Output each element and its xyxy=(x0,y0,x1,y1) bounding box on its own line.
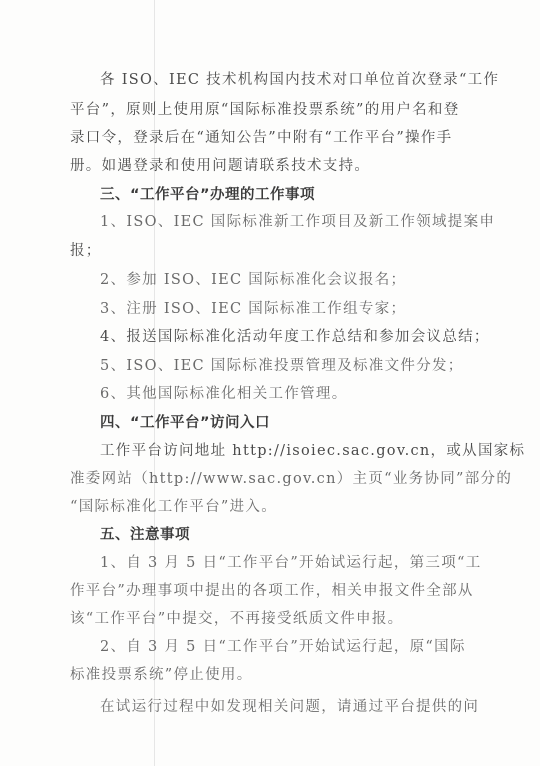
paragraph-line: 工作平台访问地址 http://isoiec.sac.gov.cn，或从国家标 xyxy=(100,441,500,461)
paragraph-line: “国际标准化工作平台”进入。 xyxy=(70,497,470,517)
paragraph-line: 各 ISO、IEC 技术机构国内技术对口单位首次登录“工作 xyxy=(100,70,500,90)
paragraph-line: 1、自 3 月 5 日“工作平台”开始试运行起，第三项“工 xyxy=(100,553,500,573)
list-item-continuation: 报； xyxy=(70,241,470,261)
list-item: 6、其他国际标准化相关工作管理。 xyxy=(100,384,500,404)
list-item: 2、参加 ISO、IEC 国际标准化会议报名； xyxy=(100,270,500,290)
section-heading-5: 五、注意事项 xyxy=(100,525,500,545)
list-item: 1、ISO、IEC 国际标准新工作项目及新工作领域提案申 xyxy=(100,212,500,232)
paragraph-line: 平台”，原则上使用原“国际标准投票系统”的用户名和登 xyxy=(70,100,470,120)
list-item: 5、ISO、IEC 国际标准投票管理及标准文件分发； xyxy=(100,356,500,376)
list-item: 4、报送国际标准化活动年度工作总结和参加会议总结； xyxy=(100,327,500,347)
list-item: 3、注册 ISO、IEC 国际标准工作组专家； xyxy=(100,299,500,319)
paragraph-line: 2、自 3 月 5 日“工作平台”开始试运行起，原“国际 xyxy=(100,637,500,657)
paragraph-line: 准委网站（http://www.sac.gov.cn）主页“业务协同”部分的 xyxy=(70,469,470,489)
paragraph-line: 在试运行过程中如发现相关问题，请通过平台提供的问 xyxy=(100,697,500,717)
paragraph-line: 作平台”办理事项中提出的各项工作，相关申报文件全部从 xyxy=(70,581,470,601)
paragraph-line: 该“工作平台”中提交，不再接受纸质文件申报。 xyxy=(70,609,470,629)
section-heading-3: 三、“工作平台”办理的工作事项 xyxy=(100,185,500,205)
section-heading-4: 四、“工作平台”访问入口 xyxy=(100,413,500,433)
paragraph-line: 册。如遇登录和使用问题请联系技术支持。 xyxy=(70,156,470,176)
paragraph-line: 标准投票系统”停止使用。 xyxy=(70,665,470,685)
paragraph-line: 录口令，登录后在“通知公告”中附有“工作平台”操作手 xyxy=(70,128,470,148)
